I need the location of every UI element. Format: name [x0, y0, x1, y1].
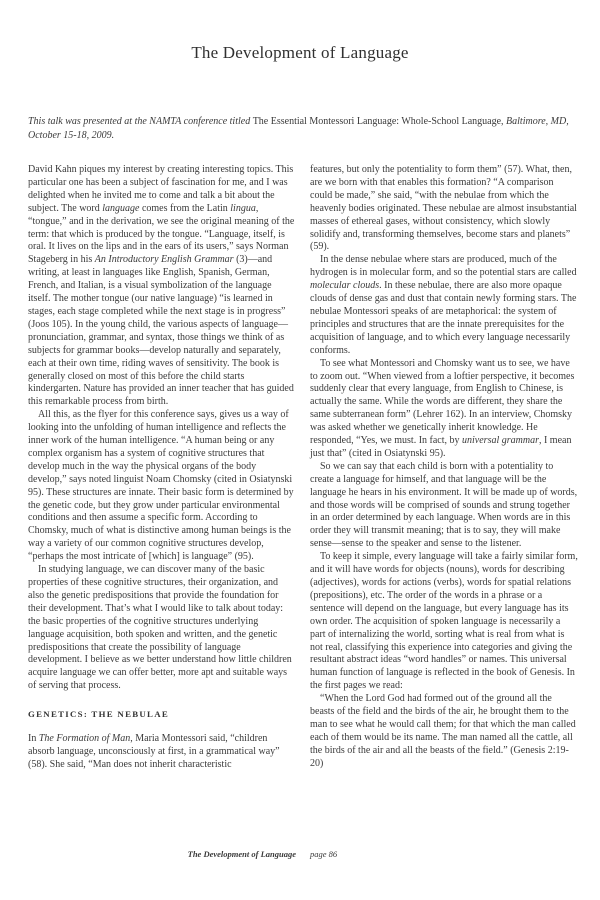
right-column: features, but only the potentiality to f… [310, 164, 578, 772]
page-title: The Development of Language [0, 43, 600, 63]
page-footer: The Development of Language page 86 [28, 849, 578, 859]
footer-running-title: The Development of Language [28, 849, 296, 859]
intro-note: This talk was presented at the NAMTA con… [28, 115, 578, 142]
paragraph: features, but only the potentiality to f… [310, 164, 578, 254]
intro-segment: This talk was presented at the NAMTA con… [28, 116, 253, 127]
paragraph: All this, as the flyer for this conferen… [28, 409, 296, 564]
paragraph: In studying language, we can discover ma… [28, 564, 296, 693]
text-columns: David Kahn piques my interest by creatin… [28, 164, 578, 772]
footer-page-number: page 86 [310, 849, 578, 859]
paragraph: So we can say that each child is born wi… [310, 461, 578, 551]
paragraph: To see what Montessori and Chomsky want … [310, 358, 578, 461]
paragraph: “When the Lord God had formed out of the… [310, 693, 578, 770]
document-page: The Development of Language This talk wa… [0, 0, 600, 900]
paragraph: In the dense nebulae where stars are pro… [310, 254, 578, 357]
left-column: David Kahn piques my interest by creatin… [28, 164, 296, 772]
paragraph: David Kahn piques my interest by creatin… [28, 164, 296, 409]
section-heading: GENETICS: THE NEBULAE [28, 708, 296, 721]
intro-segment: The Essential Montessori Language: Whole… [253, 116, 506, 127]
paragraph: In The Formation of Man, Maria Montessor… [28, 733, 296, 772]
paragraph: To keep it simple, every language will t… [310, 551, 578, 693]
